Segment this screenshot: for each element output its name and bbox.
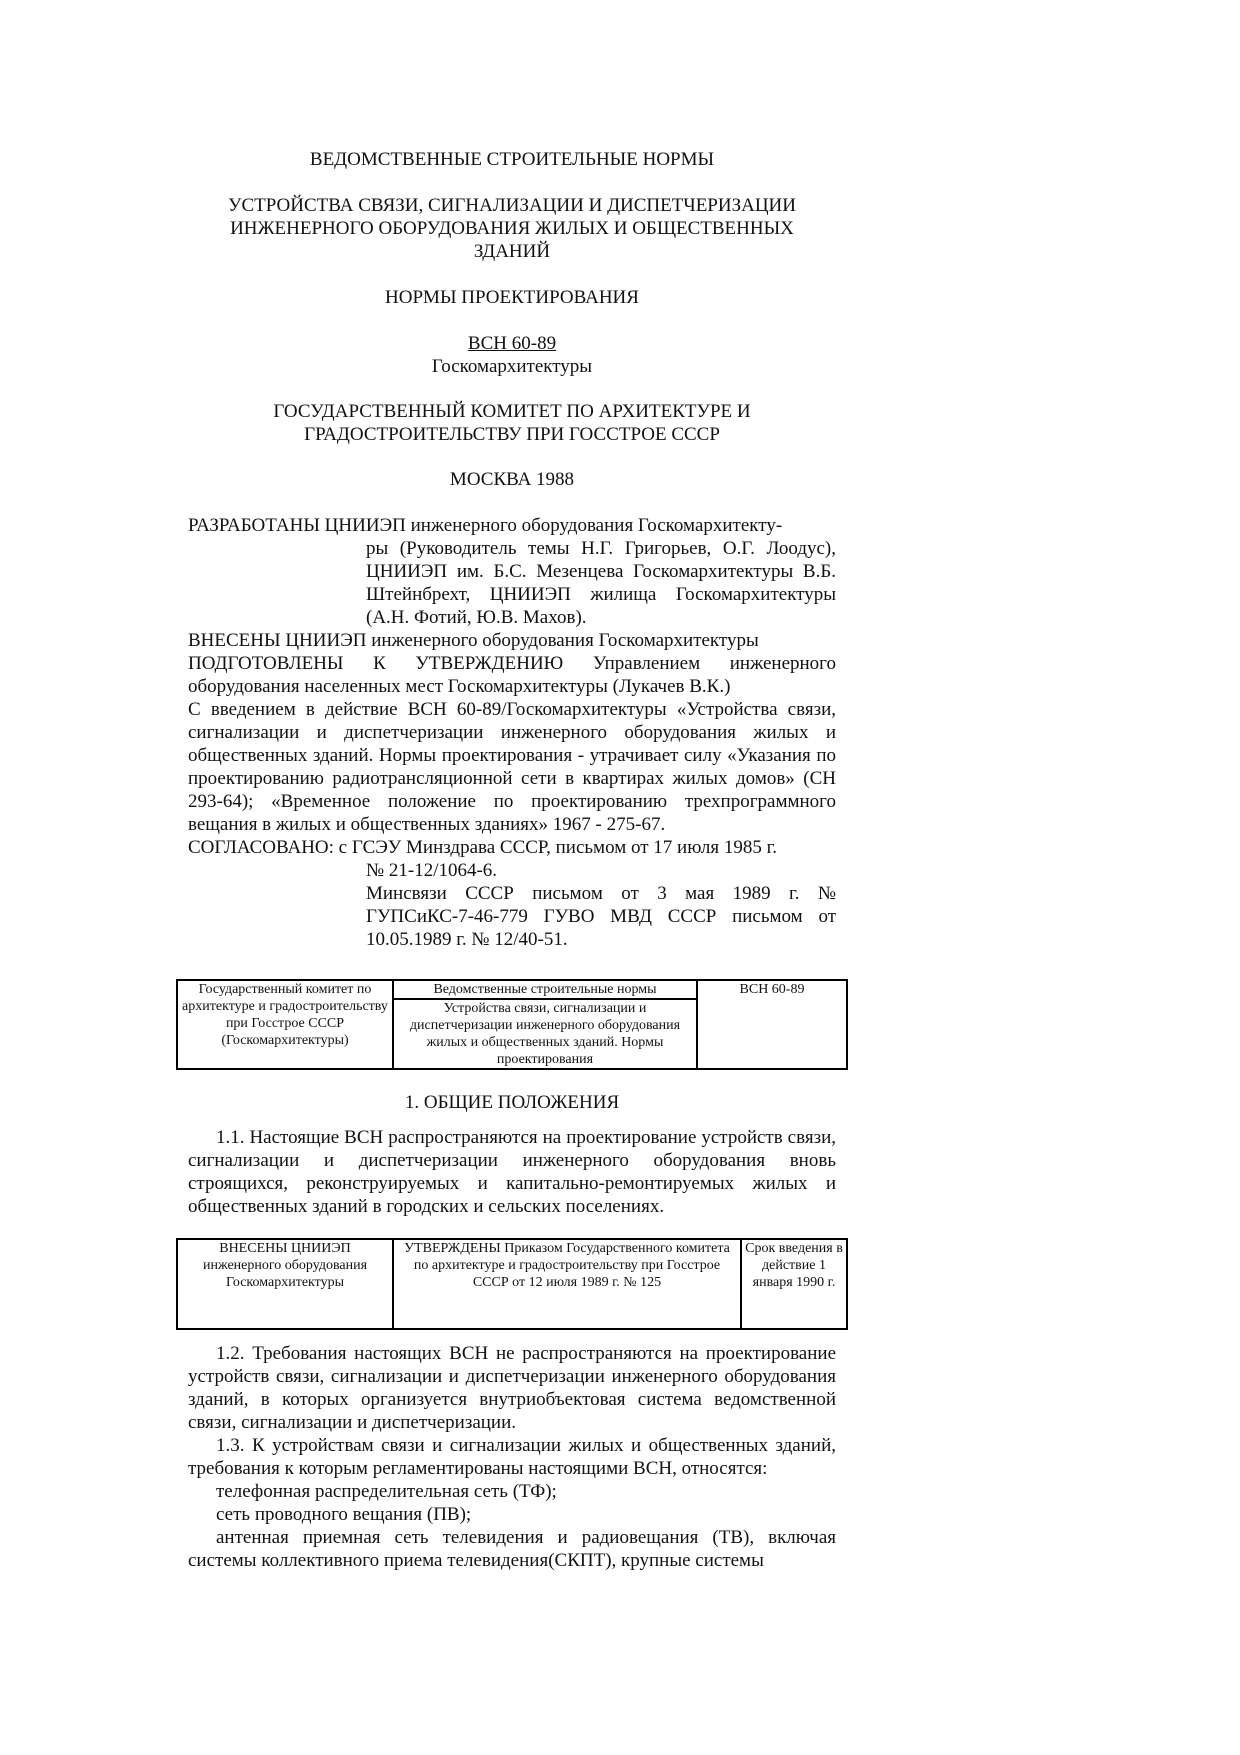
paragraph-1-2: 1.2. Требования настоящих ВСН не распрос…	[188, 1342, 836, 1434]
doc-code: ВСН 60-89 Госкомархитектуры	[188, 332, 836, 378]
credits-agreed-rest2: Минсвязи СССР письмом от 3 мая 1989 г. №…	[188, 882, 836, 951]
title-block-right: ВСН 60-89	[697, 980, 847, 1069]
section-p2: 1.2. Требования настоящих ВСН не распрос…	[188, 1342, 836, 1572]
credits-introduced: ВНЕСЕНЫ ЦНИИЭП инженерного оборудования …	[188, 629, 836, 652]
city-year: МОСКВА 1988	[188, 468, 836, 491]
title-block-middle-top: Ведомственные строительные нормы	[393, 980, 697, 999]
list-item: телефонная распределительная сеть (ТФ);	[188, 1480, 836, 1503]
list-item: сеть проводного вещания (ПВ);	[188, 1503, 836, 1526]
approval-block-table: ВНЕСЕНЫ ЦНИИЭП инженерного оборудования …	[176, 1238, 848, 1330]
approval-right: Срок введения в действие 1 января 1990 г…	[741, 1239, 847, 1329]
credits-agreed-first: СОГЛАСОВАНО: с ГСЭУ Минздрава СССР, пись…	[188, 836, 836, 859]
doc-type: ВЕДОМСТВЕННЫЕ СТРОИТЕЛЬНЫЕ НОРМЫ	[188, 148, 836, 171]
credits-prepared: ПОДГОТОВЛЕНЫ К УТВЕРЖДЕНИЮ Управлением и…	[188, 652, 836, 698]
paragraph-1-3: 1.3. К устройствам связи и сигнализации …	[188, 1434, 836, 1480]
section-p1: 1.1. Настоящие ВСН распространяются на п…	[188, 1126, 836, 1218]
approval-left: ВНЕСЕНЫ ЦНИИЭП инженерного оборудования …	[177, 1239, 393, 1329]
list-item: антенная приемная сеть телевидения и рад…	[188, 1526, 836, 1572]
doc-title: УСТРОЙСТВА СВЯЗИ, СИГНАЛИЗАЦИИ И ДИСПЕТЧ…	[188, 194, 836, 263]
approval-middle: УТВЕРЖДЕНЫ Приказом Государственного ком…	[393, 1239, 741, 1329]
credits: РАЗРАБОТАНЫ ЦНИИЭП инженерного оборудова…	[188, 514, 836, 951]
section-heading: 1. ОБЩИЕ ПОЛОЖЕНИЯ	[188, 1091, 836, 1114]
doc-code-org: Госкомархитектуры	[188, 355, 836, 378]
credits-developed-first: РАЗРАБОТАНЫ ЦНИИЭП инженерного оборудова…	[188, 514, 836, 537]
committee: ГОСУДАРСТВЕННЫЙ КОМИТЕТ ПО АРХИТЕКТУРЕ И…	[188, 400, 836, 446]
paragraph-1-1: 1.1. Настоящие ВСН распространяются на п…	[188, 1126, 836, 1218]
doc-code-number: ВСН 60-89	[468, 333, 556, 354]
title-block-middle-bottom: Устройства связи, сигнализации и диспетч…	[393, 999, 697, 1069]
title-block-table: Государственный комитет по архитектуре и…	[176, 979, 848, 1070]
credits-supersedes: С введением в действие ВСН 60-89/Госкома…	[188, 698, 836, 836]
credits-agreed-rest1: № 21-12/1064-6.	[188, 859, 836, 882]
credits-developed-rest: ры (Руководитель темы Н.Г. Григорьев, О.…	[188, 537, 836, 629]
doc-subtitle: НОРМЫ ПРОЕКТИРОВАНИЯ	[188, 286, 836, 309]
title-block-left: Государственный комитет по архитектуре и…	[177, 980, 393, 1069]
